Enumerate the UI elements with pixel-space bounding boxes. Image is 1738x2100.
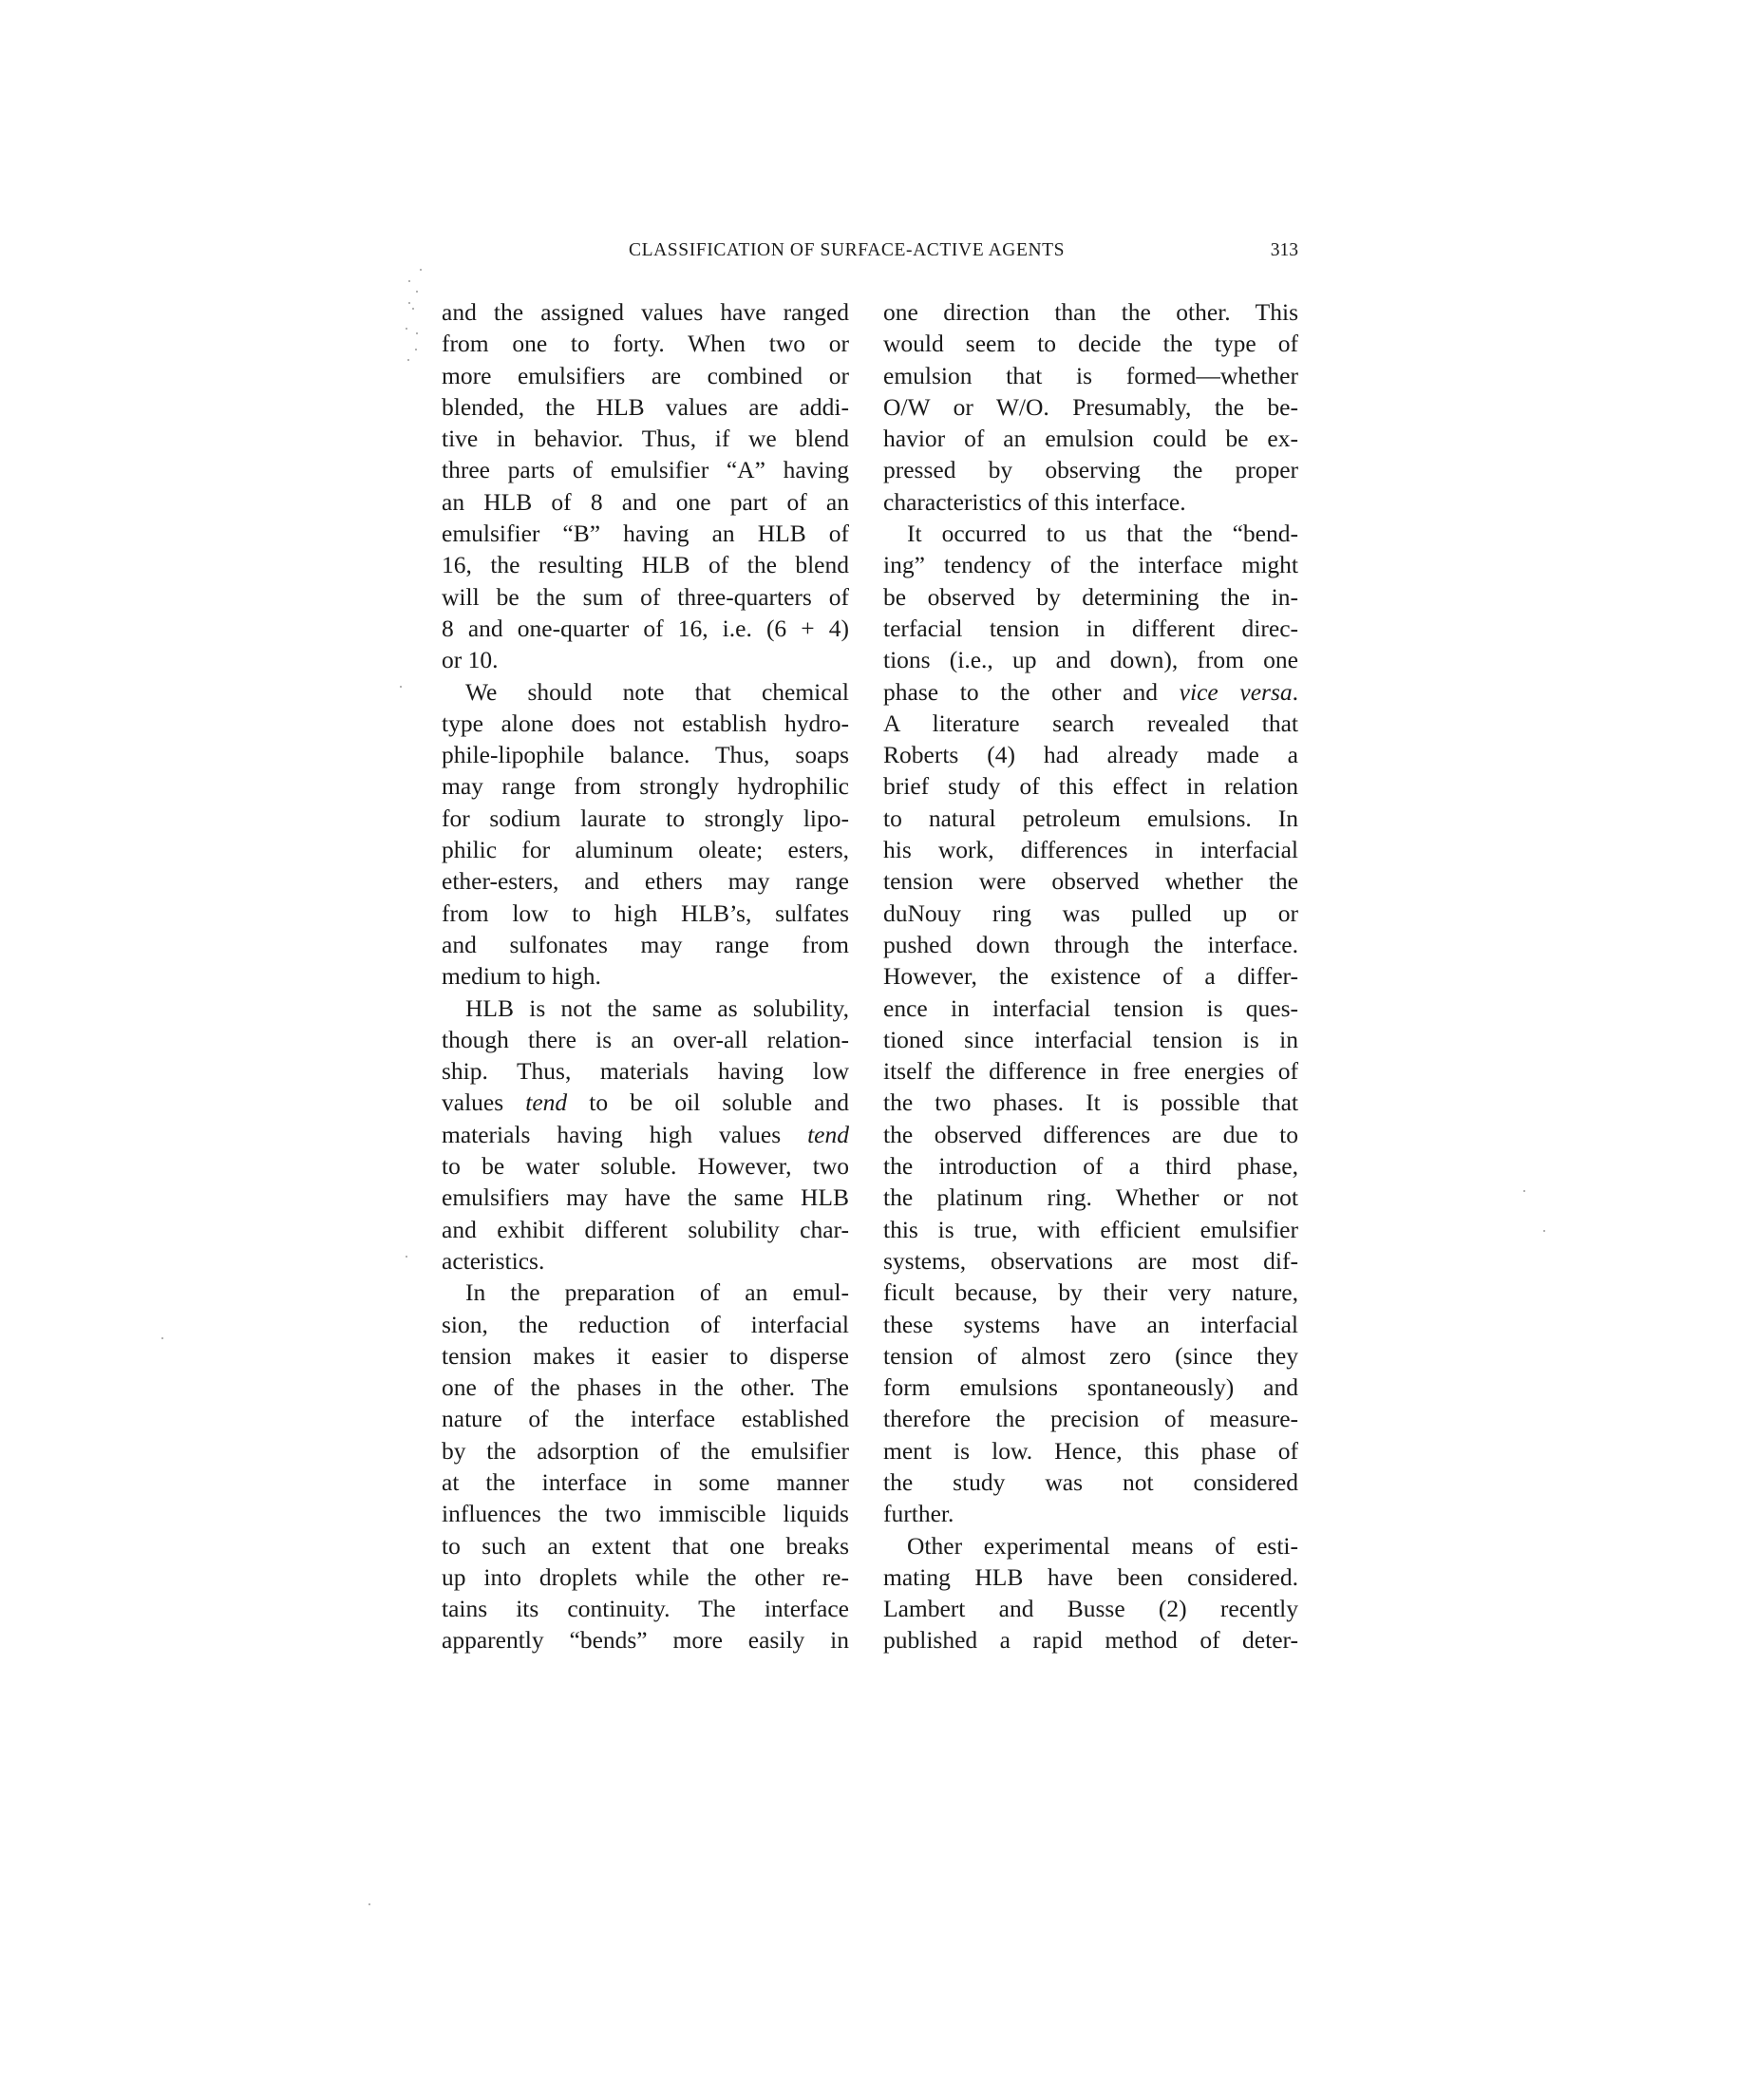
text-line: emulsion that is formed—whether <box>883 360 1298 391</box>
text-line: terfacial tension in different direc- <box>883 613 1298 644</box>
italic-emphasis: tend <box>807 1121 849 1148</box>
text-line: nature of the interface established <box>442 1403 849 1434</box>
text-line: apparently “bends” more easily in <box>442 1624 849 1655</box>
text-line: more emulsifiers are combined or <box>442 360 849 391</box>
text-line: ment is low. Hence, this phase of <box>883 1435 1298 1466</box>
right-text-column: one direction than the other. Thiswould … <box>883 296 1298 1656</box>
text-line: ing” tendency of the interface might <box>883 549 1298 580</box>
text-line: and exhibit different solubility char- <box>442 1214 849 1245</box>
scan-speck <box>408 280 410 282</box>
text-line: be observed by determining the in- <box>883 581 1298 613</box>
text-line: pressed by observing the proper <box>883 454 1298 485</box>
text-line: It occurred to us that the “bend- <box>883 518 1298 549</box>
text-line: blended, the HLB values are addi- <box>442 391 849 423</box>
scan-speck <box>415 349 417 350</box>
text-line: duNouy ring was pulled up or <box>883 898 1298 929</box>
text-line: from low to high HLB’s, sulfates <box>442 898 849 929</box>
text-line: In the preparation of an emul- <box>442 1277 849 1308</box>
text-line: emulsifiers may have the same HLB <box>442 1182 849 1213</box>
text-line: ficult because, by their very nature, <box>883 1277 1298 1308</box>
text-line: acteristics. <box>442 1245 849 1277</box>
scan-speck <box>406 328 407 330</box>
text-line: Other experimental means of esti- <box>883 1530 1298 1561</box>
scan-speck <box>368 1903 370 1905</box>
text-line: tions (i.e., up and down), from one <box>883 644 1298 675</box>
text-line: HLB is not the same as solubility, <box>442 993 849 1024</box>
text-line: O/W or W/O. Presumably, the be- <box>883 391 1298 423</box>
text-line: philic for aluminum oleate; esters, <box>442 834 849 865</box>
text-line: this is true, with efficient emulsifier <box>883 1214 1298 1245</box>
text-line: ship. Thus, materials having low <box>442 1055 849 1087</box>
scan-speck <box>412 308 414 310</box>
text-line: one of the phases in the other. The <box>442 1372 849 1403</box>
scanned-page: CLASSIFICATION OF SURFACE-ACTIVE AGENTS … <box>0 0 1738 2100</box>
running-title: CLASSIFICATION OF SURFACE-ACTIVE AGENTS <box>629 238 1065 263</box>
text-line: from one to forty. When two or <box>442 328 849 359</box>
text-line: published a rapid method of deter- <box>883 1624 1298 1655</box>
text-line: tension were observed whether the <box>883 865 1298 897</box>
text-line: Roberts (4) had already made a <box>883 739 1298 770</box>
scan-speck <box>408 302 410 304</box>
text-line: by the adsorption of the emulsifier <box>442 1435 849 1466</box>
text-line: the two phases. It is possible that <box>883 1087 1298 1118</box>
text-line: sion, the reduction of interfacial <box>442 1309 849 1340</box>
text-line: the platinum ring. Whether or not <box>883 1182 1298 1213</box>
text-line: pushed down through the interface. <box>883 929 1298 960</box>
text-line: to be water soluble. However, two <box>442 1150 849 1182</box>
text-line: these systems have an interfacial <box>883 1309 1298 1340</box>
text-line: tension of almost zero (since they <box>883 1340 1298 1372</box>
text-line: However, the existence of a differ- <box>883 960 1298 992</box>
text-line: the introduction of a third phase, <box>883 1150 1298 1182</box>
text-line: one direction than the other. This <box>883 296 1298 328</box>
text-line: though there is an over-all relation- <box>442 1024 849 1055</box>
text-line: mating HLB have been considered. <box>883 1561 1298 1593</box>
text-line: systems, observations are most dif- <box>883 1245 1298 1277</box>
scan-speck <box>416 332 418 334</box>
scan-speck <box>161 1337 163 1339</box>
scan-speck <box>1543 1230 1545 1232</box>
text-line: may range from strongly hydrophilic <box>442 770 849 802</box>
text-line: materials having high values tend <box>442 1119 849 1150</box>
text-line: his work, differences in interfacial <box>883 834 1298 865</box>
text-line: brief study of this effect in relation <box>883 770 1298 802</box>
scan-speck <box>407 359 409 361</box>
text-line: to such an extent that one breaks <box>442 1530 849 1561</box>
text-line: three parts of emulsifier “A” having <box>442 454 849 485</box>
text-line: values tend to be oil soluble and <box>442 1087 849 1118</box>
text-line: 16, the resulting HLB of the blend <box>442 549 849 580</box>
left-text-column: and the assigned values have rangedfrom … <box>442 296 849 1656</box>
text-line: ether-esters, and ethers may range <box>442 865 849 897</box>
text-line: type alone does not establish hydro- <box>442 708 849 739</box>
text-line: to natural petroleum emulsions. In <box>883 803 1298 834</box>
running-head: CLASSIFICATION OF SURFACE-ACTIVE AGENTS … <box>629 238 1298 263</box>
text-line: Lambert and Busse (2) recently <box>883 1593 1298 1624</box>
page-number: 313 <box>1271 238 1298 263</box>
text-line: A literature search revealed that <box>883 708 1298 739</box>
text-line: ence in interfacial tension is ques- <box>883 993 1298 1024</box>
text-line: will be the sum of three-quarters of <box>442 581 849 613</box>
text-line: and sulfonates may range from <box>442 929 849 960</box>
text-line: or 10. <box>442 644 849 675</box>
text-line: havior of an emulsion could be ex- <box>883 423 1298 454</box>
text-line: influences the two immiscible liquids <box>442 1498 849 1529</box>
scan-speck <box>406 1256 407 1258</box>
scan-speck <box>400 686 402 688</box>
scan-speck <box>420 269 422 271</box>
text-line: at the interface in some manner <box>442 1466 849 1498</box>
text-line: would seem to decide the type of <box>883 328 1298 359</box>
text-line: We should note that chemical <box>442 676 849 708</box>
text-line: medium to high. <box>442 960 849 992</box>
text-line: itself the difference in free energies o… <box>883 1055 1298 1087</box>
scan-speck <box>416 291 418 293</box>
scan-speck <box>1266 658 1268 660</box>
text-line: the study was not considered <box>883 1466 1298 1498</box>
text-line: emulsifier “B” having an HLB of <box>442 518 849 549</box>
text-line: and the assigned values have ranged <box>442 296 849 328</box>
text-line: therefore the precision of measure- <box>883 1403 1298 1434</box>
text-line: for sodium laurate to strongly lipo- <box>442 803 849 834</box>
text-line: characteristics of this interface. <box>883 486 1298 518</box>
text-line: phile-lipophile balance. Thus, soaps <box>442 739 849 770</box>
text-line: tains its continuity. The interface <box>442 1593 849 1624</box>
text-line: the observed differences are due to <box>883 1119 1298 1150</box>
italic-emphasis: tend <box>525 1088 567 1116</box>
text-line: 8 and one-quarter of 16, i.e. (6 + 4) <box>442 613 849 644</box>
text-line: up into droplets while the other re- <box>442 1561 849 1593</box>
text-line: tive in behavior. Thus, if we blend <box>442 423 849 454</box>
text-line: an HLB of 8 and one part of an <box>442 486 849 518</box>
text-line: tioned since interfacial tension is in <box>883 1024 1298 1055</box>
italic-emphasis: vice versa <box>1180 678 1293 706</box>
scan-speck <box>1523 1190 1525 1192</box>
text-line: form emulsions spontaneously) and <box>883 1372 1298 1403</box>
text-line: phase to the other and vice versa. <box>883 676 1298 708</box>
text-line: further. <box>883 1498 1298 1529</box>
text-line: tension makes it easier to disperse <box>442 1340 849 1372</box>
